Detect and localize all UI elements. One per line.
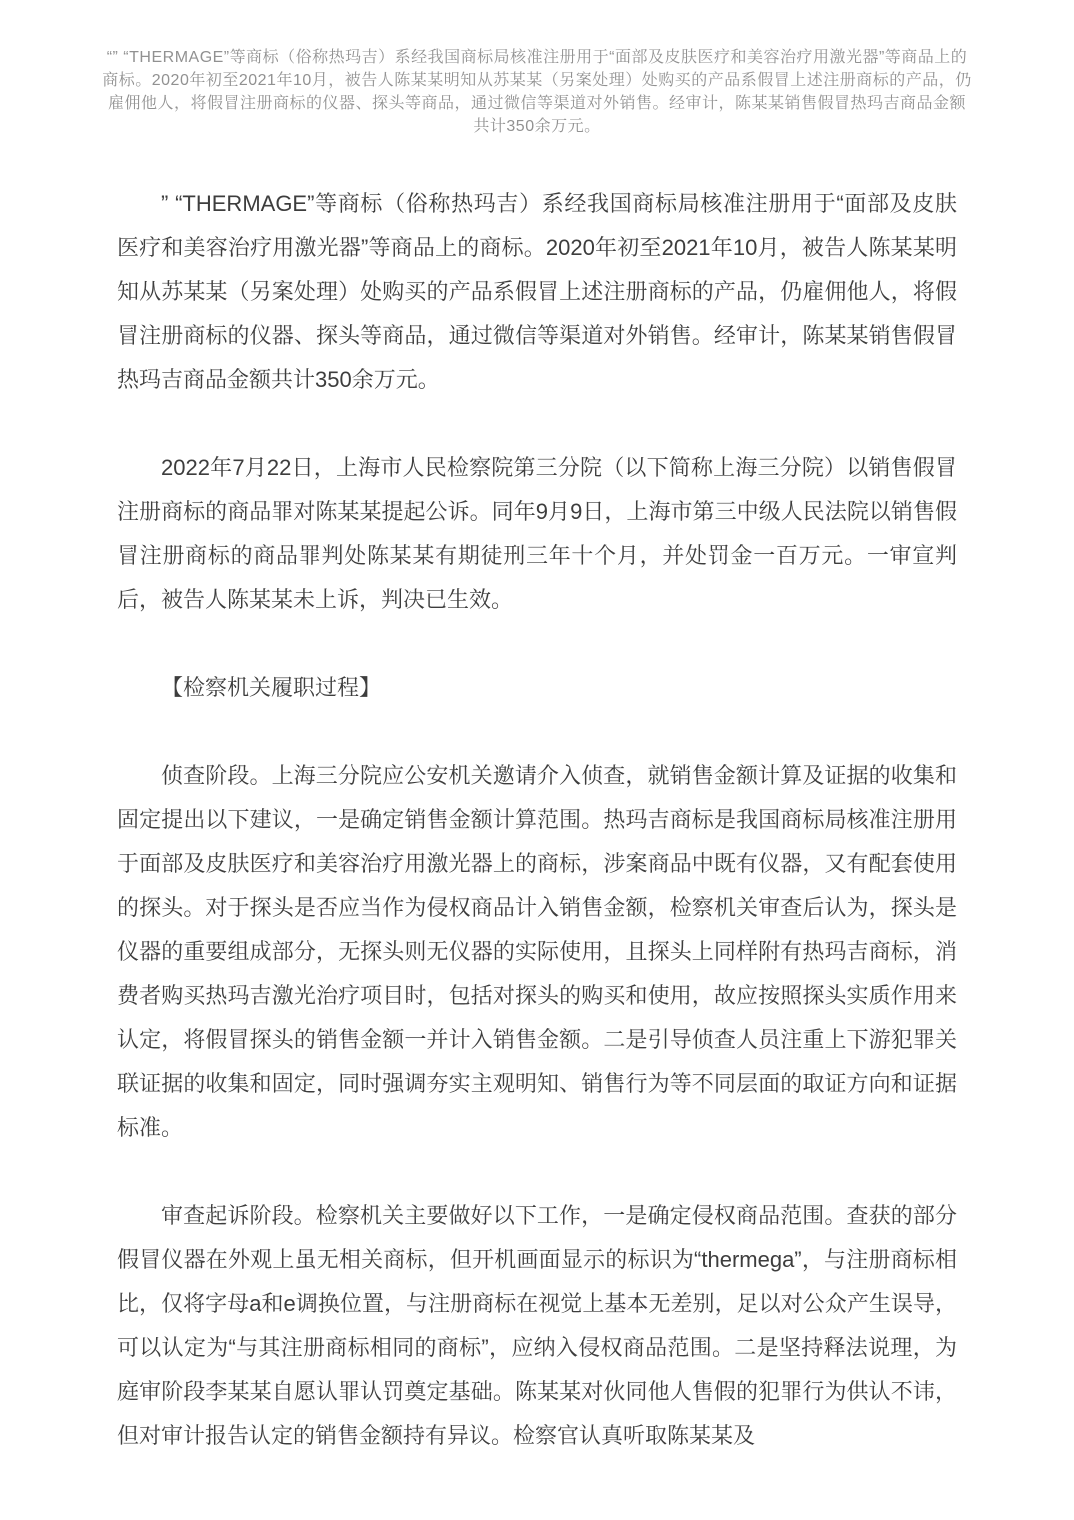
paragraph-case-facts: ” “THERMAGE”等商标（俗称热玛吉）系经我国商标局核准注册用于“面部及皮…	[117, 182, 957, 402]
paragraph-prosecution-judgment: 2022年7月22日，上海市人民检察院第三分院（以下简称上海三分院）以销售假冒注…	[117, 446, 957, 622]
paragraph-review-prosecution-stage: 审查起诉阶段。检察机关主要做好以下工作，一是确定侵权商品范围。查获的部分假冒仪器…	[117, 1194, 957, 1458]
paragraph-investigation-stage: 侦查阶段。上海三分院应公安机关邀请介入侦查，就销售金额计算及证据的收集和固定提出…	[117, 754, 957, 1150]
article-body: ” “THERMAGE”等商标（俗称热玛吉）系经我国商标局核准注册用于“面部及皮…	[117, 138, 957, 1458]
case-summary-abstract: “” “THERMAGE”等商标（俗称热玛吉）系经我国商标局核准注册用于“面部及…	[100, 46, 974, 138]
document-page: “” “THERMAGE”等商标（俗称热玛吉）系经我国商标局核准注册用于“面部及…	[0, 0, 1074, 1520]
section-heading-procuratorial-process: 【检察机关履职过程】	[117, 666, 957, 710]
